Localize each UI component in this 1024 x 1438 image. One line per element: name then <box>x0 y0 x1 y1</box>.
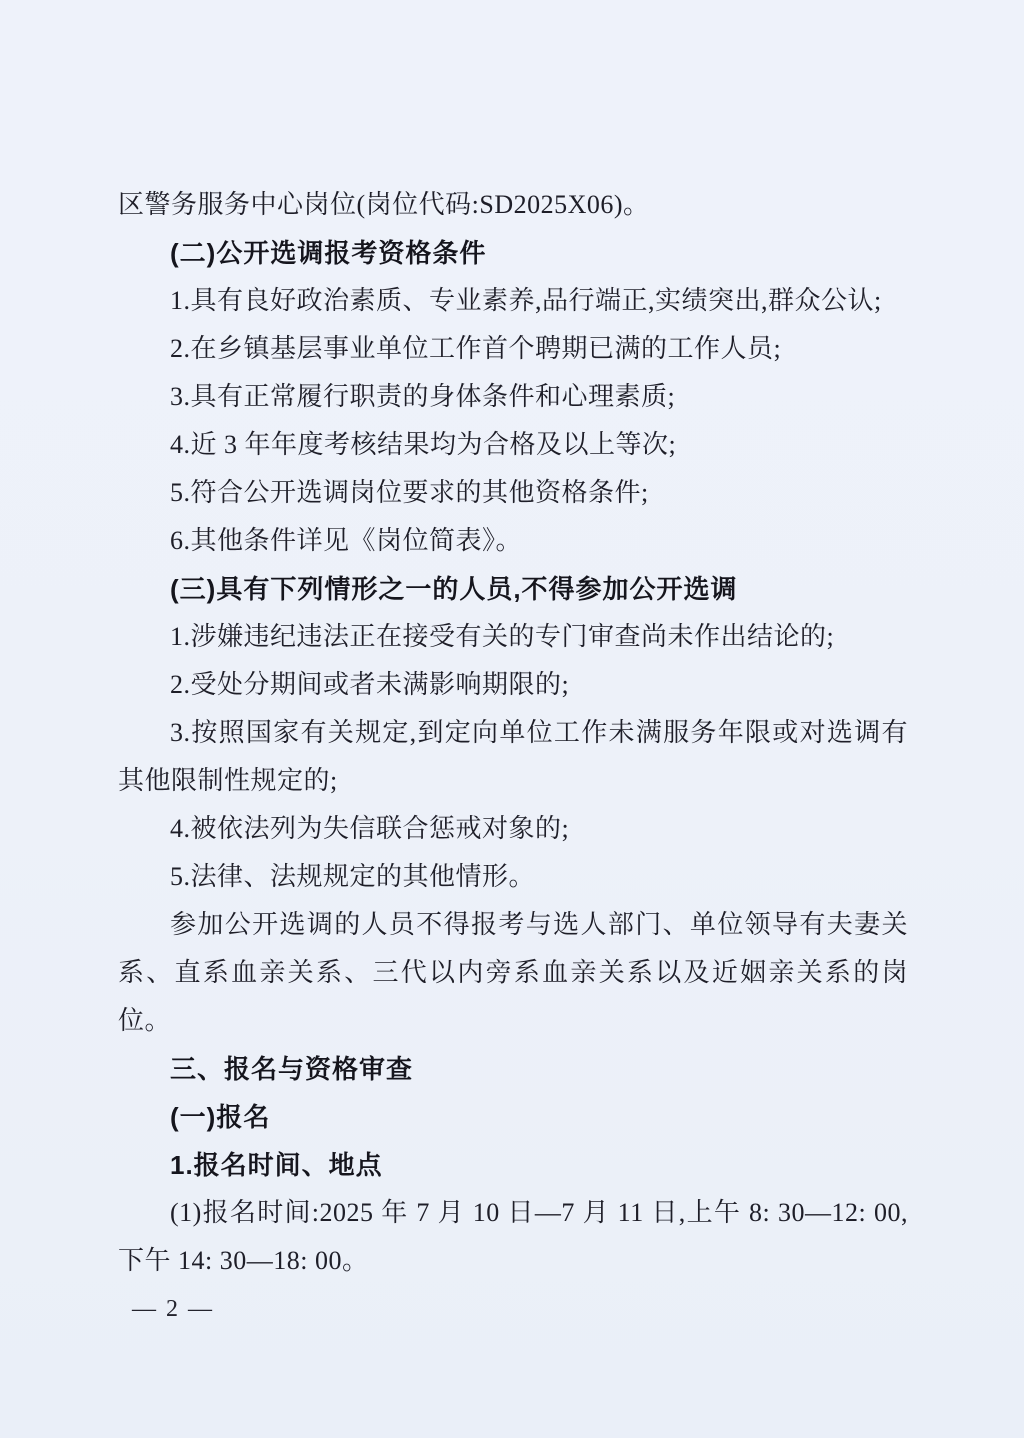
exclusion-item-4: 4.被依法列为失信联合惩戒对象的; <box>118 805 908 853</box>
qualification-item-1: 1.具有良好政治素质、专业素养,品行端正,实绩突出,群众公认; <box>118 277 908 325</box>
scanned-document-page: 区警务服务中心岗位(岗位代码:SD2025X06)。 (二)公开选调报考资格条件… <box>0 0 1024 1438</box>
page-number: — 2 — <box>132 1285 908 1333</box>
para-position-code-continuation: 区警务服务中心岗位(岗位代码:SD2025X06)。 <box>118 181 908 229</box>
heading-section-3-exclusions: (三)具有下列情形之一的人员,不得参加公开选调 <box>118 565 908 613</box>
para-kinship-avoidance-rule: 参加公开选调的人员不得报考与选人部门、单位领导有夫妻关系、直系血亲关系、三代以内… <box>118 901 908 1045</box>
exclusion-item-1: 1.涉嫌违纪违法正在接受有关的专门审查尚未作出结论的; <box>118 613 908 661</box>
qualification-item-4: 4.近 3 年年度考核结果均为合格及以上等次; <box>118 421 908 469</box>
document-body: 区警务服务中心岗位(岗位代码:SD2025X06)。 (二)公开选调报考资格条件… <box>118 181 908 1333</box>
qualification-item-6: 6.其他条件详见《岗位简表》。 <box>118 517 908 565</box>
qualification-item-5: 5.符合公开选调岗位要求的其他资格条件; <box>118 469 908 517</box>
qualification-item-2: 2.在乡镇基层事业单位工作首个聘期已满的工作人员; <box>118 325 908 373</box>
heading-sub-1-registration: (一)报名 <box>118 1093 908 1141</box>
heading-part-3-registration-review: 三、报名与资格审查 <box>118 1045 908 1093</box>
para-registration-time-detail: (1)报名时间:2025 年 7 月 10 日—7 月 11 日,上午 8: 3… <box>118 1189 908 1285</box>
exclusion-item-3: 3.按照国家有关规定,到定向单位工作未满服务年限或对选调有其他限制性规定的; <box>118 709 908 805</box>
qualification-item-3: 3.具有正常履行职责的身体条件和心理素质; <box>118 373 908 421</box>
heading-section-2-qualifications: (二)公开选调报考资格条件 <box>118 229 908 277</box>
exclusion-item-5: 5.法律、法规规定的其他情形。 <box>118 853 908 901</box>
exclusion-item-2: 2.受处分期间或者未满影响期限的; <box>118 661 908 709</box>
heading-registration-time-place: 1.报名时间、地点 <box>118 1141 908 1189</box>
